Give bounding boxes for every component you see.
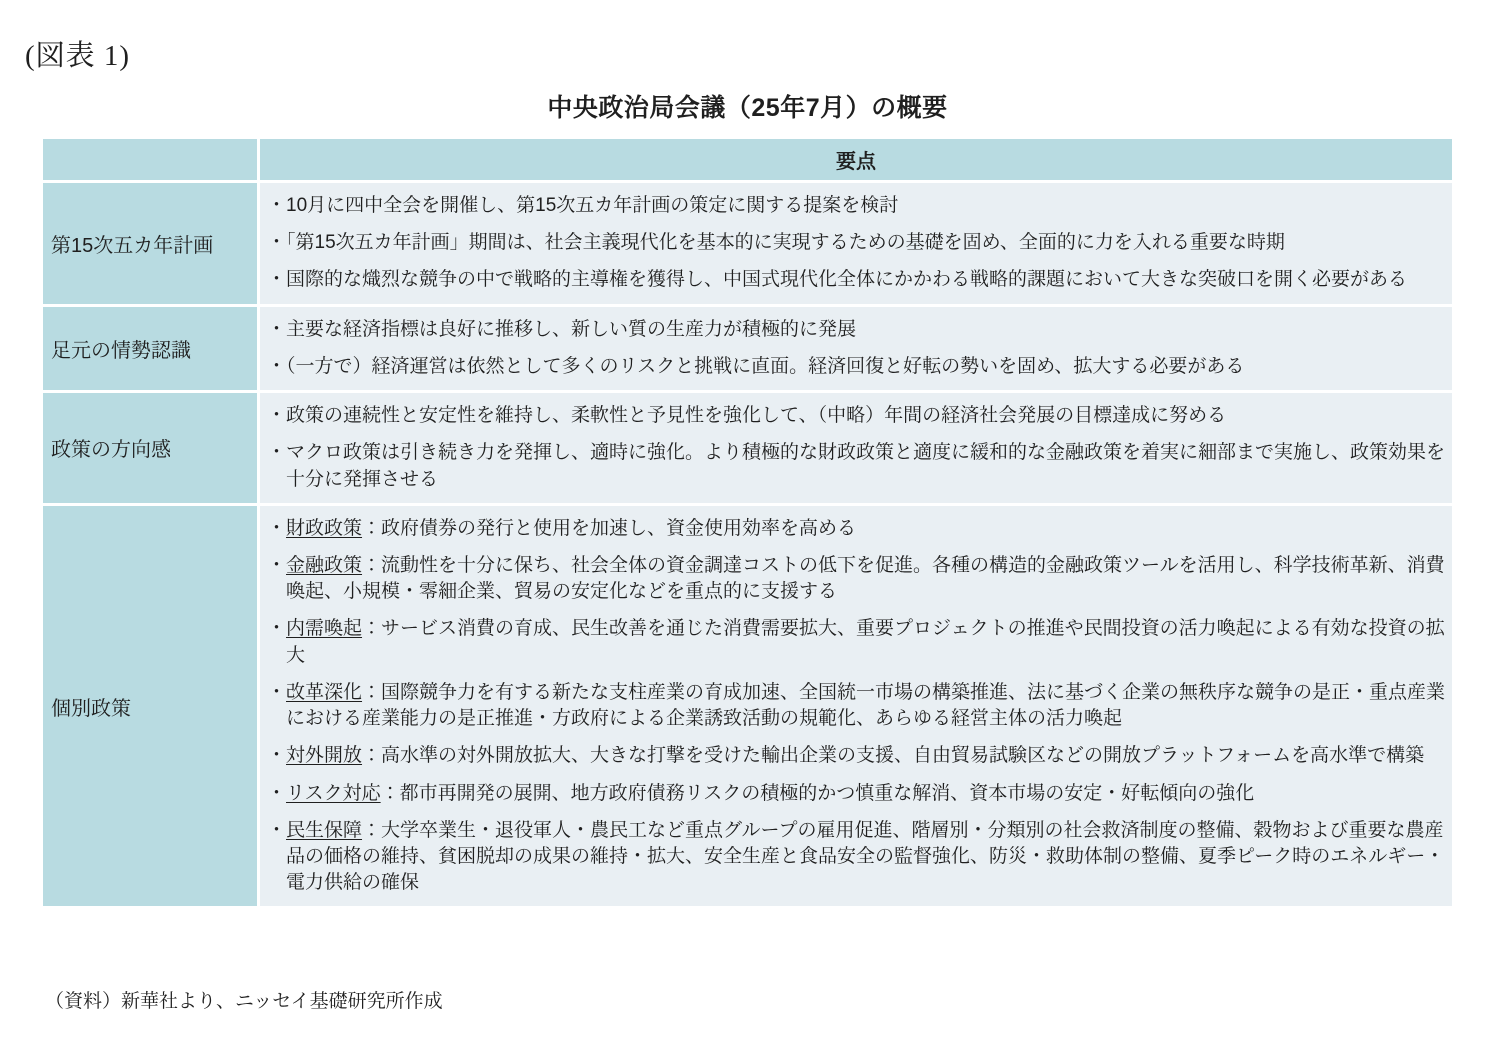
- bullet-marker: ・: [267, 783, 286, 804]
- bullet-item: ・マクロ政策は引き続き力を発揮し、適時に強化。より積極的な財政政策と適度に緩和的…: [267, 440, 1446, 492]
- header-corner-cell: [42, 138, 259, 182]
- bullet-item: ・リスク対応：都市再開発の展開、地方政府債務リスクの積極的かつ慎重な解消、資本市…: [267, 781, 1446, 807]
- bullet-marker: ・: [267, 555, 286, 576]
- bullet-item: ・金融政策：流動性を十分に保ち、社会全体の資金調達コストの低下を促進。各種の構造…: [267, 553, 1446, 605]
- table-container: 中央政治局会議（25年7月）の概要 要点 第15次五カ年計画・10月に四中全会を…: [40, 88, 1455, 909]
- policy-term: 財政政策: [286, 518, 362, 539]
- bullet-text: 政府債券の発行と使用を加速し、資金使用効率を高める: [381, 518, 856, 539]
- bullet-item: ・「第15次五カ年計画」期間は、社会主義現代化を基本的に実現するための基礎を固め…: [267, 230, 1446, 256]
- bullet-marker: ・: [267, 195, 286, 216]
- figure-label: (図表 1): [25, 33, 130, 74]
- bullet-text: 都市再開発の展開、地方政府債務リスクの積極的かつ慎重な解消、資本市場の安定・好転…: [400, 783, 1255, 804]
- bullet-item: ・政策の連続性と安定性を維持し、柔軟性と予見性を強化して、（中略）年間の経済社会…: [267, 403, 1446, 429]
- policy-term: 内需喚起: [286, 618, 362, 639]
- row-label: 個別政策: [42, 504, 259, 908]
- bullet-marker: ・: [267, 682, 286, 703]
- bullet-text: 政策の連続性と安定性を維持し、柔軟性と予見性を強化して、（中略）年間の経済社会発…: [286, 405, 1226, 426]
- bullet-item: ・国際的な熾烈な競争の中で戦略的主導権を獲得し、中国式現代化全体にかかわる戦略的…: [267, 267, 1446, 293]
- bullet-text: 高水準の対外開放拡大、大きな打撃を受けた輸出企業の支援、自由貿易試験区などの開放…: [381, 745, 1424, 766]
- bullet-item: ・財政政策：政府債券の発行と使用を加速し、資金使用効率を高める: [267, 516, 1446, 542]
- bullet-text: サービス消費の育成、民生改善を通じた消費需要拡大、重要プロジェクトの推進や民間投…: [286, 618, 1445, 665]
- bullet-item: ・（一方で）経済運営は依然として多くのリスクと挑戦に直面。経済回復と好転の勢いを…: [267, 354, 1446, 380]
- row-content: ・主要な経済指標は良好に推移し、新しい質の生産力が積極的に発展・（一方で）経済運…: [259, 305, 1454, 391]
- bullet-item: ・民生保障：大学卒業生・退役軍人・農民工など重点グループの雇用促進、階層別・分類…: [267, 818, 1446, 897]
- row-label: 足元の情勢認識: [42, 305, 259, 391]
- page-title: 中央政治局会議（25年7月）の概要: [40, 88, 1455, 124]
- term-separator: ：: [381, 783, 400, 804]
- table-body: 第15次五カ年計画・10月に四中全会を開催し、第15次五カ年計画の策定に関する提…: [42, 182, 1454, 908]
- row-label: 政策の方向感: [42, 392, 259, 505]
- bullet-marker: ・: [267, 745, 286, 766]
- bullet-marker: ・: [267, 319, 286, 340]
- bullet-marker: ・: [267, 269, 286, 290]
- bullet-item: ・改革深化：国際競争力を有する新たな支柱産業の育成加速、全国統一市場の構築推進、…: [267, 680, 1446, 732]
- bullet-marker: ・: [267, 820, 286, 841]
- table-row: 個別政策・財政政策：政府債券の発行と使用を加速し、資金使用効率を高める・金融政策…: [42, 504, 1454, 908]
- bullet-text: 「第15次五カ年計画」期間は、社会主義現代化を基本的に実現するための基礎を固め、…: [286, 232, 1285, 253]
- row-content: ・10月に四中全会を開催し、第15次五カ年計画の策定に関する提案を検討・「第15…: [259, 182, 1454, 306]
- row-content: ・政策の連続性と安定性を維持し、柔軟性と予見性を強化して、（中略）年間の経済社会…: [259, 392, 1454, 505]
- bullet-marker: ・: [267, 232, 286, 253]
- bullet-marker: ・: [267, 356, 286, 377]
- policy-term: リスク対応: [286, 783, 381, 804]
- policy-term: 民生保障: [286, 820, 362, 841]
- bullet-marker: ・: [267, 442, 286, 463]
- bullet-marker: ・: [267, 518, 286, 539]
- policy-term: 金融政策: [286, 555, 362, 576]
- bullet-text: 国際競争力を有する新たな支柱産業の育成加速、全国統一市場の構築推進、法に基づく企…: [286, 682, 1445, 729]
- table-header: 要点: [42, 138, 1454, 182]
- bullet-marker: ・: [267, 618, 286, 639]
- summary-table: 要点 第15次五カ年計画・10月に四中全会を開催し、第15次五カ年計画の策定に関…: [40, 136, 1455, 909]
- table-row: 足元の情勢認識・主要な経済指標は良好に推移し、新しい質の生産力が積極的に発展・（…: [42, 305, 1454, 391]
- bullet-item: ・対外開放：高水準の対外開放拡大、大きな打撃を受けた輸出企業の支援、自由貿易試験…: [267, 743, 1446, 769]
- row-label: 第15次五カ年計画: [42, 182, 259, 306]
- policy-term: 対外開放: [286, 745, 362, 766]
- policy-term: 改革深化: [286, 682, 362, 703]
- term-separator: ：: [362, 618, 381, 639]
- term-separator: ：: [362, 820, 381, 841]
- bullet-text: （一方で）経済運営は依然として多くのリスクと挑戦に直面。経済回復と好転の勢いを固…: [286, 356, 1244, 377]
- table-row: 第15次五カ年計画・10月に四中全会を開催し、第15次五カ年計画の策定に関する提…: [42, 182, 1454, 306]
- bullet-text: マクロ政策は引き続き力を発揮し、適時に強化。より積極的な財政政策と適度に緩和的な…: [286, 442, 1445, 489]
- term-separator: ：: [362, 745, 381, 766]
- term-separator: ：: [362, 682, 381, 703]
- header-row: 要点: [42, 138, 1454, 182]
- table-row: 政策の方向感・政策の連続性と安定性を維持し、柔軟性と予見性を強化して、（中略）年…: [42, 392, 1454, 505]
- bullet-text: 主要な経済指標は良好に推移し、新しい質の生産力が積極的に発展: [286, 319, 856, 340]
- bullet-item: ・内需喚起：サービス消費の育成、民生改善を通じた消費需要拡大、重要プロジェクトの…: [267, 616, 1446, 668]
- bullet-item: ・主要な経済指標は良好に推移し、新しい質の生産力が積極的に発展: [267, 317, 1446, 343]
- bullet-text: 大学卒業生・退役軍人・農民工など重点グループの雇用促進、階層別・分類別の社会救済…: [286, 820, 1444, 893]
- term-separator: ：: [362, 518, 381, 539]
- header-keypoints-cell: 要点: [259, 138, 1454, 182]
- bullet-text: 10月に四中全会を開催し、第15次五カ年計画の策定に関する提案を検討: [286, 195, 898, 216]
- term-separator: ：: [362, 555, 381, 576]
- bullet-text: 国際的な熾烈な競争の中で戦略的主導権を獲得し、中国式現代化全体にかかわる戦略的課…: [286, 269, 1407, 290]
- bullet-item: ・10月に四中全会を開催し、第15次五カ年計画の策定に関する提案を検討: [267, 193, 1446, 219]
- bullet-marker: ・: [267, 405, 286, 426]
- bullet-text: 流動性を十分に保ち、社会全体の資金調達コストの低下を促進。各種の構造的金融政策ツ…: [286, 555, 1445, 602]
- row-content: ・財政政策：政府債券の発行と使用を加速し、資金使用効率を高める・金融政策：流動性…: [259, 504, 1454, 908]
- document-page: (図表 1) 中央政治局会議（25年7月）の概要 要点 第15次五カ年計画・10…: [0, 0, 1494, 1050]
- source-note: （資料）新華社より、ニッセイ基礎研究所作成: [45, 986, 443, 1013]
